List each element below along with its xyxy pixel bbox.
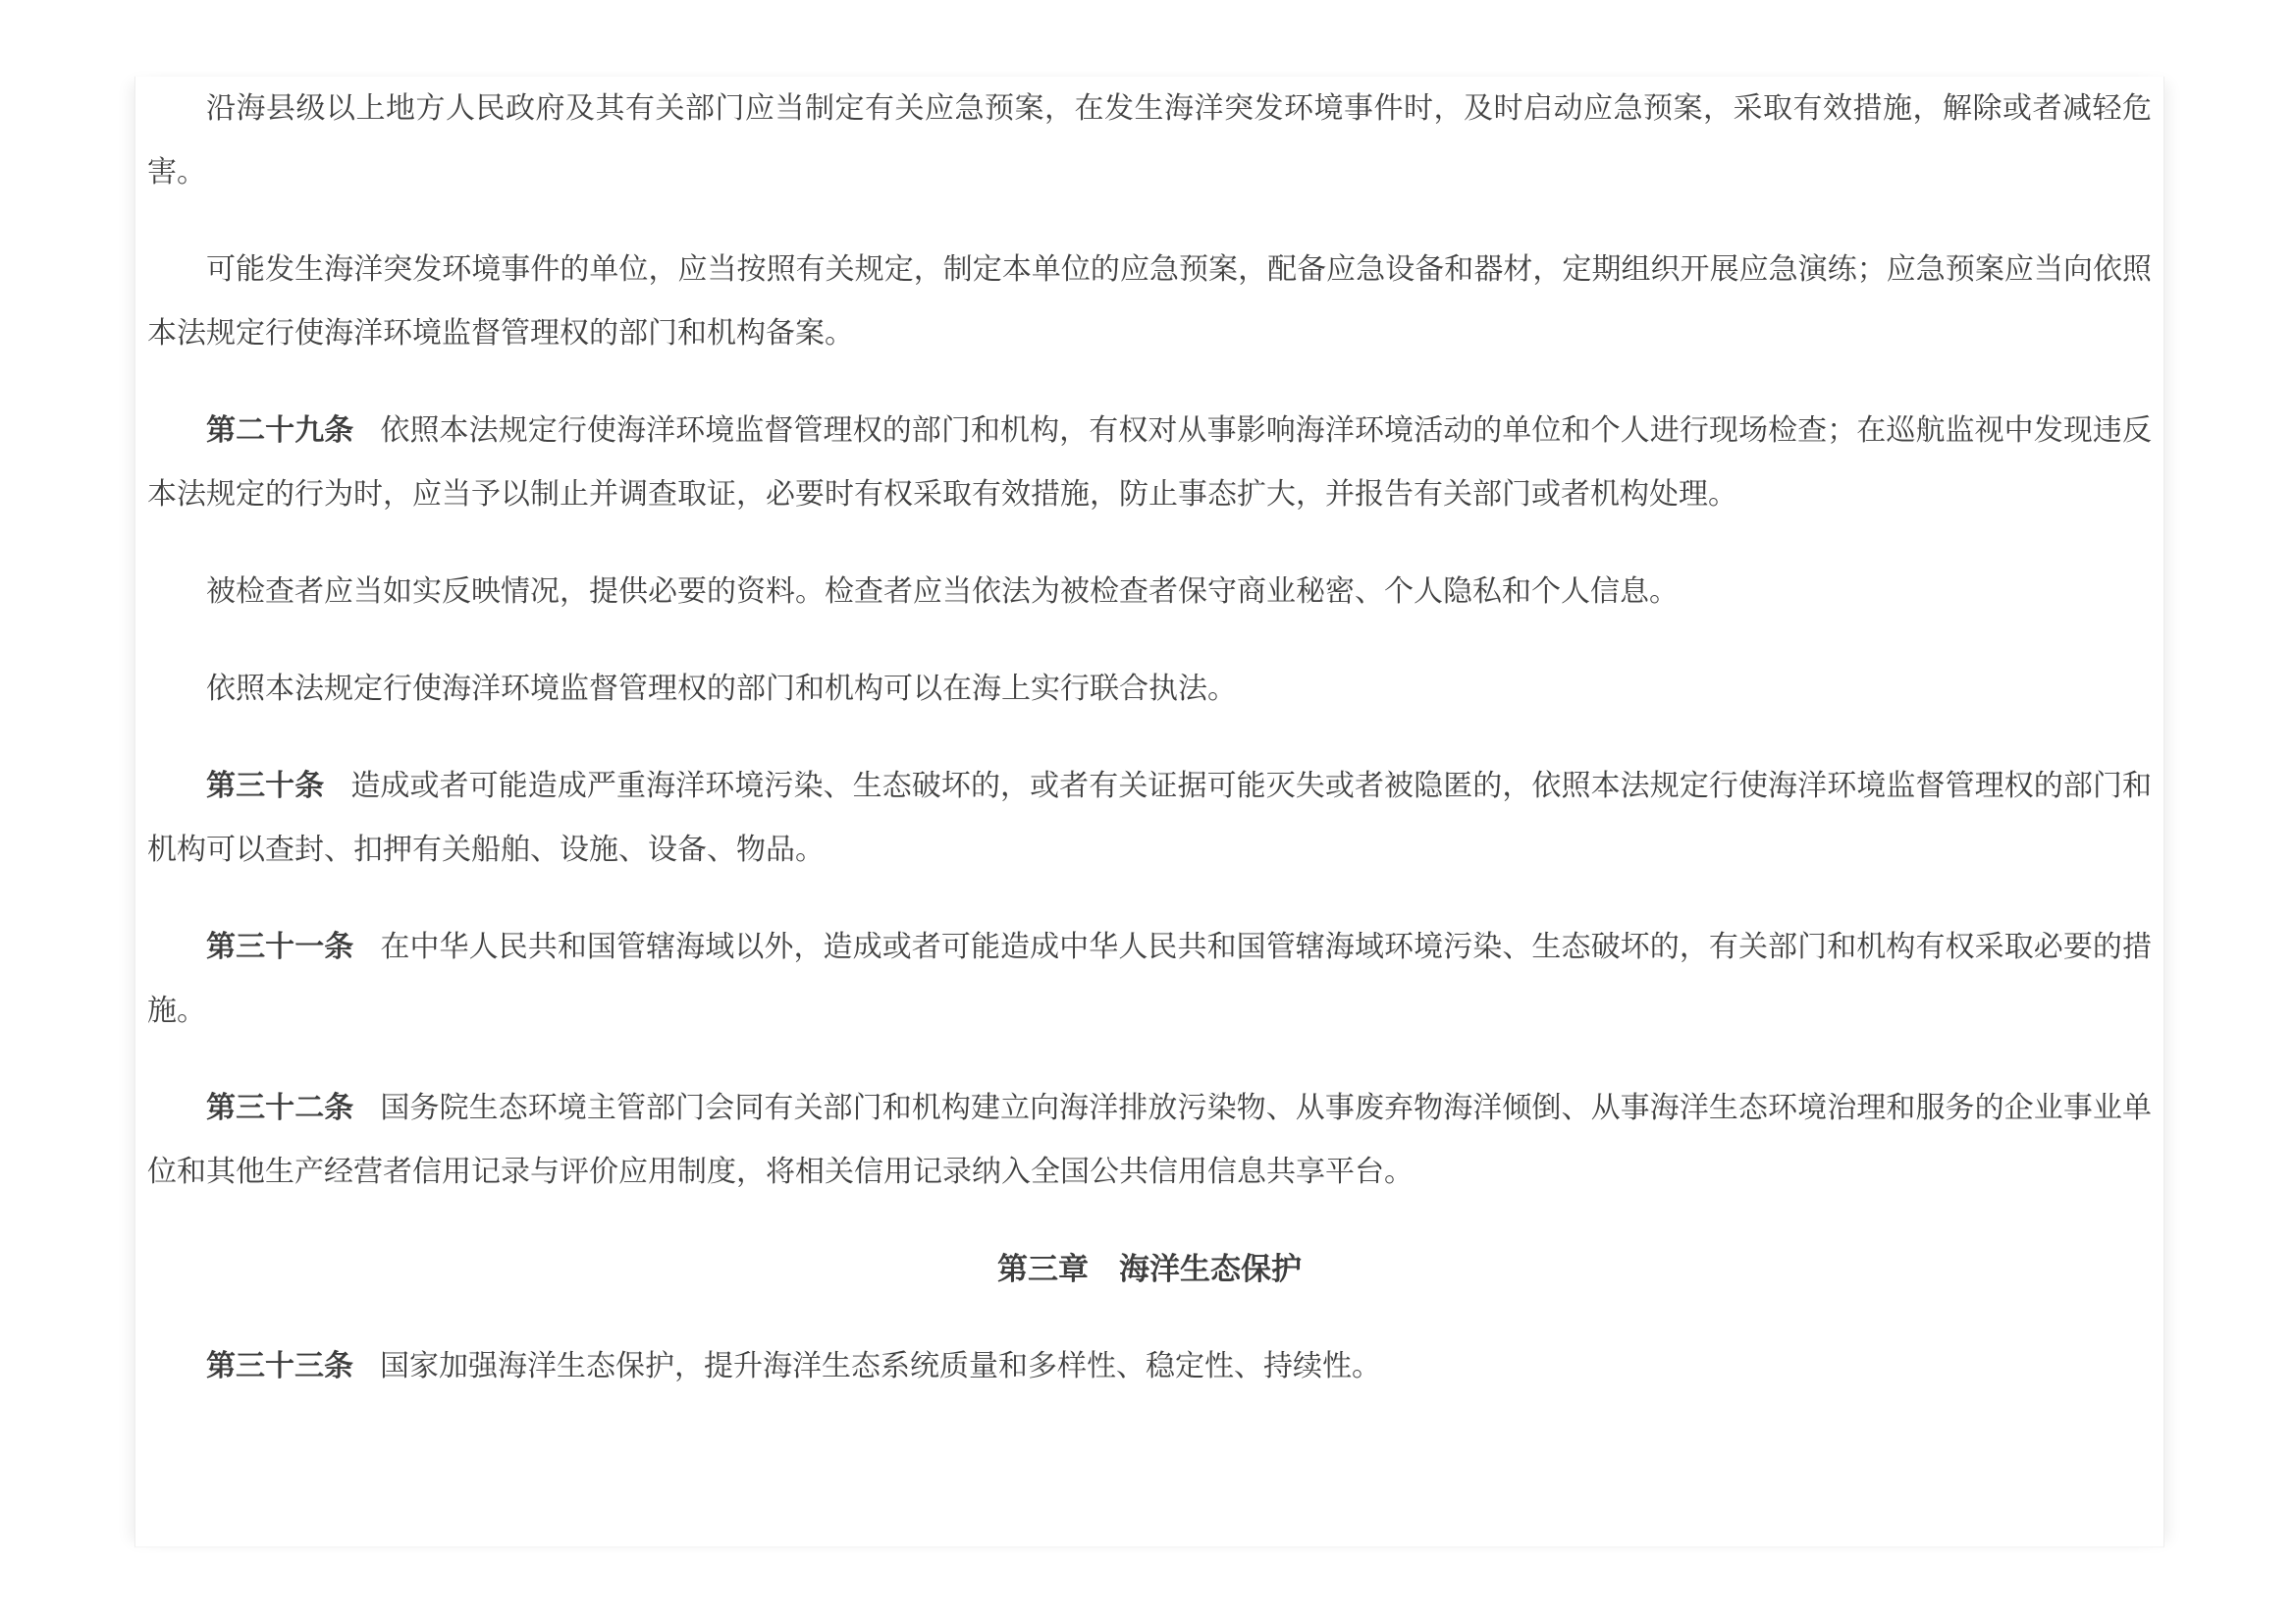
- article-number: 第三十三条: [206, 1350, 353, 1382]
- paragraph-text: 依照本法规定行使海洋环境监督管理权的部门和机构，有权对从事影响海洋环境活动的单位…: [147, 414, 2152, 511]
- article-content-card: 沿海县级以上地方人民政府及其有关部门应当制定有关应急预案，在发生海洋突发环境事件…: [134, 77, 2164, 1547]
- law-paragraph: 被检查者应当如实反映情况，提供必要的资料。检查者应当依法为被检查者保守商业秘密、…: [147, 560, 2152, 623]
- law-paragraph: 第三十条造成或者可能造成严重海洋环境污染、生态破坏的，或者有关证据可能灭失或者被…: [147, 754, 2152, 882]
- law-paragraph: 第三十二条国务院生态环境主管部门会同有关部门和机构建立向海洋排放污染物、从事废弃…: [147, 1076, 2152, 1204]
- paragraph-text: 沿海县级以上地方人民政府及其有关部门应当制定有关应急预案，在发生海洋突发环境事件…: [147, 92, 2152, 189]
- paragraph-text: 国务院生态环境主管部门会同有关部门和机构建立向海洋排放污染物、从事废弃物海洋倾倒…: [147, 1092, 2152, 1188]
- law-paragraph: 第二十九条依照本法规定行使海洋环境监督管理权的部门和机构，有权对从事影响海洋环境…: [147, 399, 2152, 526]
- law-paragraph: 第三十一条在中华人民共和国管辖海域以外，造成或者可能造成中华人民共和国管辖海域环…: [147, 915, 2152, 1043]
- chapter-heading: 第三章 海洋生态保护: [147, 1237, 2152, 1301]
- paragraph-text: 可能发生海洋突发环境事件的单位，应当按照有关规定，制定本单位的应急预案，配备应急…: [147, 253, 2152, 350]
- article-number: 第三十二条: [206, 1092, 353, 1124]
- article-number: 第三十条: [206, 770, 324, 802]
- article-number: 第二十九条: [206, 414, 353, 447]
- law-paragraph: 第三十三条国家加强海洋生态保护，提升海洋生态系统质量和多样性、稳定性、持续性。: [147, 1334, 2152, 1398]
- law-paragraph: 依照本法规定行使海洋环境监督管理权的部门和机构可以在海上实行联合执法。: [147, 657, 2152, 721]
- paragraph-text: 造成或者可能造成严重海洋环境污染、生态破坏的，或者有关证据可能灭失或者被隐匿的，…: [147, 770, 2152, 866]
- law-paragraph: 可能发生海洋突发环境事件的单位，应当按照有关规定，制定本单位的应急预案，配备应急…: [147, 238, 2152, 365]
- paragraph-text: 被检查者应当如实反映情况，提供必要的资料。检查者应当依法为被检查者保守商业秘密、…: [206, 575, 1679, 608]
- law-paragraph: 沿海县级以上地方人民政府及其有关部门应当制定有关应急预案，在发生海洋突发环境事件…: [147, 77, 2152, 204]
- paragraph-text: 国家加强海洋生态保护，提升海洋生态系统质量和多样性、稳定性、持续性。: [380, 1350, 1381, 1382]
- paragraph-text: 依照本法规定行使海洋环境监督管理权的部门和机构可以在海上实行联合执法。: [206, 673, 1237, 705]
- article-number: 第三十一条: [206, 931, 353, 963]
- paragraph-text: 在中华人民共和国管辖海域以外，造成或者可能造成中华人民共和国管辖海域环境污染、生…: [147, 931, 2152, 1027]
